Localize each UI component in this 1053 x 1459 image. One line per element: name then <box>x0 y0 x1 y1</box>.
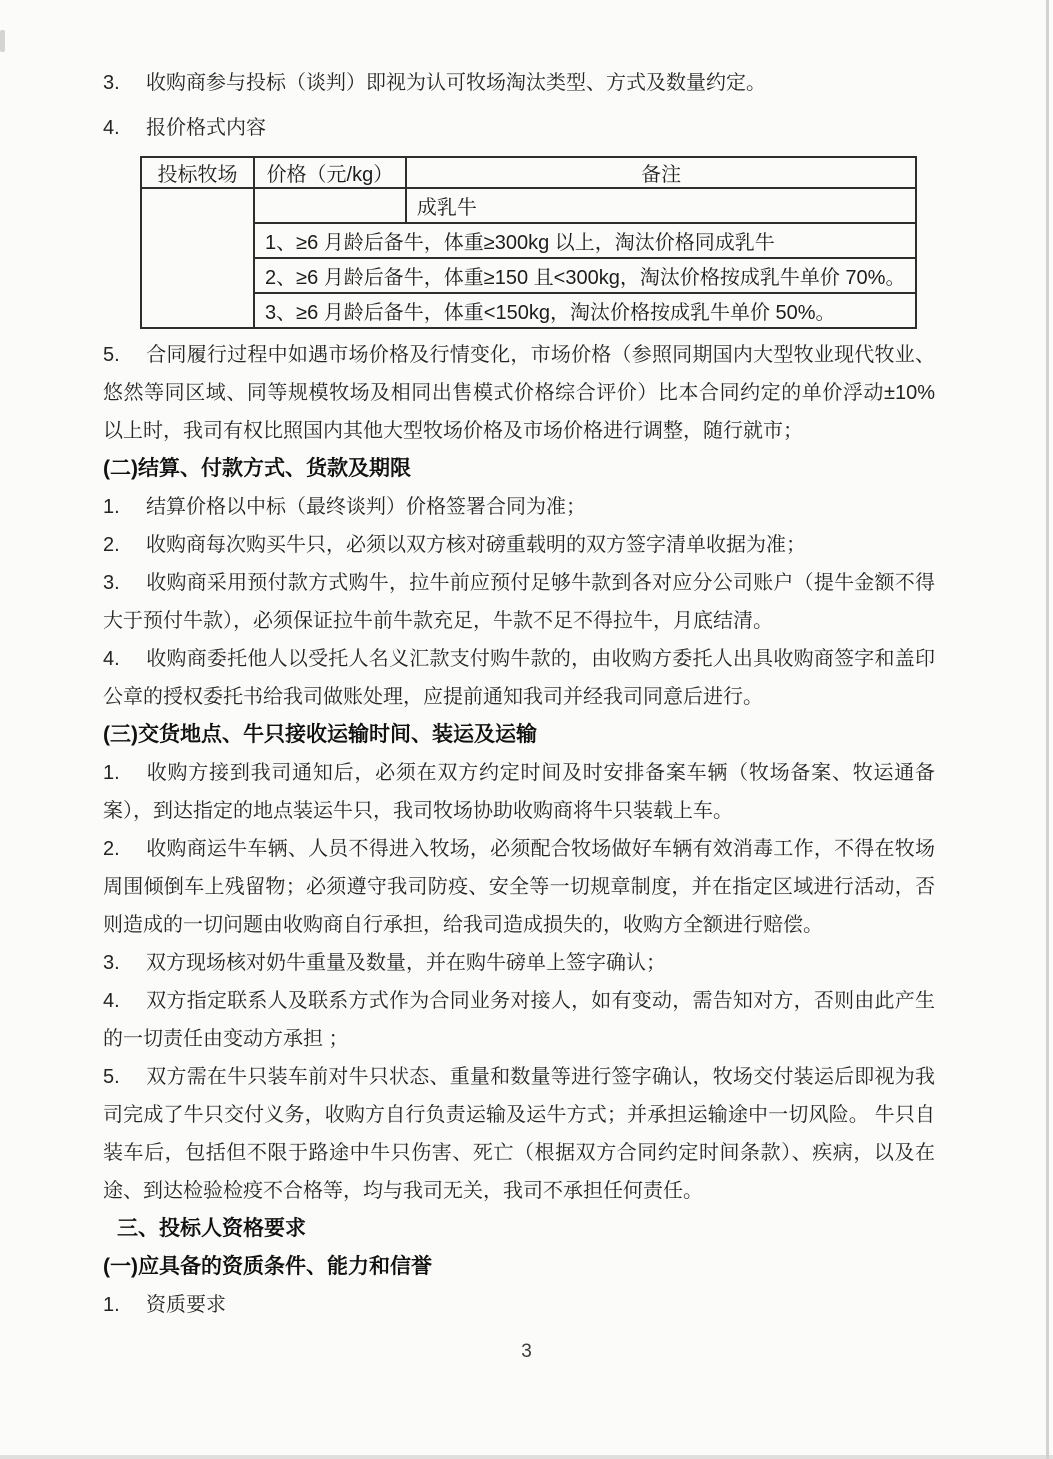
chapter-heading-bidder-qualification: 三、投标人资格要求 <box>103 1210 935 1248</box>
item-text: 收购商每次购买牛只，必须以双方核对磅重载明的双方签字清单收据为准； <box>146 534 806 556</box>
clause-item: 3.收购商参与投标（谈判）即视为认可牧场淘汰类型、方式及数量约定。 <box>103 64 935 102</box>
item-text: 双方需在牛只装车前对牛只状态、重量和数量等进行签字确认，牧场交付装运后即视为我司… <box>103 1066 935 1202</box>
item-text: 资质要求 <box>146 1294 226 1316</box>
table-row: 成乳牛 <box>141 188 916 223</box>
table-row: 2、≥6 月龄后备牛，体重≥150 且<300kg，淘汰价格按成乳牛单价 70%… <box>141 258 916 293</box>
clause-item: 5.双方需在牛只装车前对牛只状态、重量和数量等进行签字确认，牧场交付装运后即视为… <box>103 1058 935 1210</box>
table-cell-rule: 2、≥6 月龄后备牛，体重≥150 且<300kg，淘汰价格按成乳牛单价 70%… <box>254 258 916 293</box>
item-number: 3. <box>103 944 146 982</box>
item-text: 收购商参与投标（谈判）即视为认可牧场淘汰类型、方式及数量约定。 <box>146 72 766 94</box>
clause-item: 4.报价格式内容 <box>103 109 935 147</box>
item-number: 4. <box>103 640 146 678</box>
clause-item: 1.结算价格以中标（最终谈判）价格签署合同为准； <box>103 488 935 526</box>
clause-item: 3.双方现场核对奶牛重量及数量，并在购牛磅单上签字确认； <box>103 944 935 982</box>
table-cell-rule: 3、≥6 月龄后备牛，体重<150kg，淘汰价格按成乳牛单价 50%。 <box>254 293 916 328</box>
clause-item: 5.合同履行过程中如遇市场价格及行情变化，市场价格（参照同期国内大型牧业现代牧业… <box>103 336 935 450</box>
clause-item: 4.收购商委托他人以受托人名义汇款支付购牛款的，由收购方委托人出具收购商签字和盖… <box>103 640 935 716</box>
item-number: 5. <box>103 336 146 374</box>
clause-item: 1.收购方接到我司通知后，必须在双方约定时间及时安排备案车辆（牧场备案、牧运通备… <box>103 754 935 830</box>
item-number: 1. <box>103 488 146 526</box>
clause-item: 3.收购商采用预付款方式购牛，拉牛前应预付足够牛款到各对应分公司账户（提牛金额不… <box>103 564 935 640</box>
table-cell-farm-empty <box>141 188 254 328</box>
table-cell-note: 成乳牛 <box>406 188 917 223</box>
item-text: 结算价格以中标（最终谈判）价格签署合同为准； <box>146 496 586 518</box>
item-number: 4. <box>103 982 146 1020</box>
clause-item: 4.双方指定联系人及联系方式作为合同业务对接人，如有变动，需告知对方，否则由此产… <box>103 982 935 1058</box>
section-heading-qualification-conditions: (一)应具备的资质条件、能力和信誉 <box>103 1248 935 1286</box>
item-text: 收购商委托他人以受托人名义汇款支付购牛款的，由收购方委托人出具收购商签字和盖印公… <box>103 648 935 708</box>
table-row: 3、≥6 月龄后备牛，体重<150kg，淘汰价格按成乳牛单价 50%。 <box>141 293 916 328</box>
item-number: 3. <box>103 564 146 602</box>
item-number: 1. <box>103 754 146 792</box>
clause-item: 2.收购商运牛车辆、人员不得进入牧场，必须配合牧场做好车辆有效消毒工作，不得在牧… <box>103 830 935 944</box>
table-row: 1、≥6 月龄后备牛，体重≥300kg 以上，淘汰价格同成乳牛 <box>141 223 916 258</box>
item-text: 报价格式内容 <box>146 117 266 139</box>
item-text: 双方指定联系人及联系方式作为合同业务对接人，如有变动，需告知对方，否则由此产生的… <box>103 990 935 1050</box>
table-cell-rule: 1、≥6 月龄后备牛，体重≥300kg 以上，淘汰价格同成乳牛 <box>254 223 916 258</box>
price-table: 投标牧场 价格（元/kg） 备注 成乳牛 1、≥6 月龄后备牛，体重≥300kg… <box>140 156 917 329</box>
item-text: 收购商运牛车辆、人员不得进入牧场，必须配合牧场做好车辆有效消毒工作，不得在牧场周… <box>103 838 935 936</box>
item-number: 4. <box>103 109 146 147</box>
item-number: 3. <box>103 64 146 102</box>
scan-edge-right-artifact <box>1046 0 1049 1459</box>
scan-edge-bottom-artifact <box>0 1455 1053 1459</box>
scan-smudge-artifact <box>0 30 5 52</box>
item-number: 5. <box>103 1058 146 1096</box>
clause-item: 1.资质要求 <box>103 1286 935 1324</box>
table-header-cell-farm: 投标牧场 <box>141 157 254 188</box>
item-text: 双方现场核对奶牛重量及数量，并在购牛磅单上签字确认； <box>146 952 666 974</box>
page-number: 3 <box>0 1340 1053 1364</box>
item-text: 收购商采用预付款方式购牛，拉牛前应预付足够牛款到各对应分公司账户（提牛金额不得大… <box>103 572 935 632</box>
item-number: 1. <box>103 1286 146 1324</box>
item-text: 合同履行过程中如遇市场价格及行情变化，市场价格（参照同期国内大型牧业现代牧业、悠… <box>103 344 935 442</box>
document-page: 3.收购商参与投标（谈判）即视为认可牧场淘汰类型、方式及数量约定。 4.报价格式… <box>103 64 935 1324</box>
table-header-row: 投标牧场 价格（元/kg） 备注 <box>141 157 916 188</box>
item-number: 2. <box>103 526 146 564</box>
item-text: 收购方接到我司通知后，必须在双方约定时间及时安排备案车辆（牧场备案、牧运通备案）… <box>103 762 935 822</box>
section-heading-settlement: (二)结算、付款方式、货款及期限 <box>103 450 935 488</box>
table-cell-price-empty <box>254 188 406 223</box>
table-header-cell-price: 价格（元/kg） <box>254 157 406 188</box>
clause-item: 2.收购商每次购买牛只，必须以双方核对磅重载明的双方签字清单收据为准； <box>103 526 935 564</box>
section-heading-delivery: (三)交货地点、牛只接收运输时间、装运及运输 <box>103 716 935 754</box>
table-header-cell-note: 备注 <box>406 157 917 188</box>
item-number: 2. <box>103 830 146 868</box>
